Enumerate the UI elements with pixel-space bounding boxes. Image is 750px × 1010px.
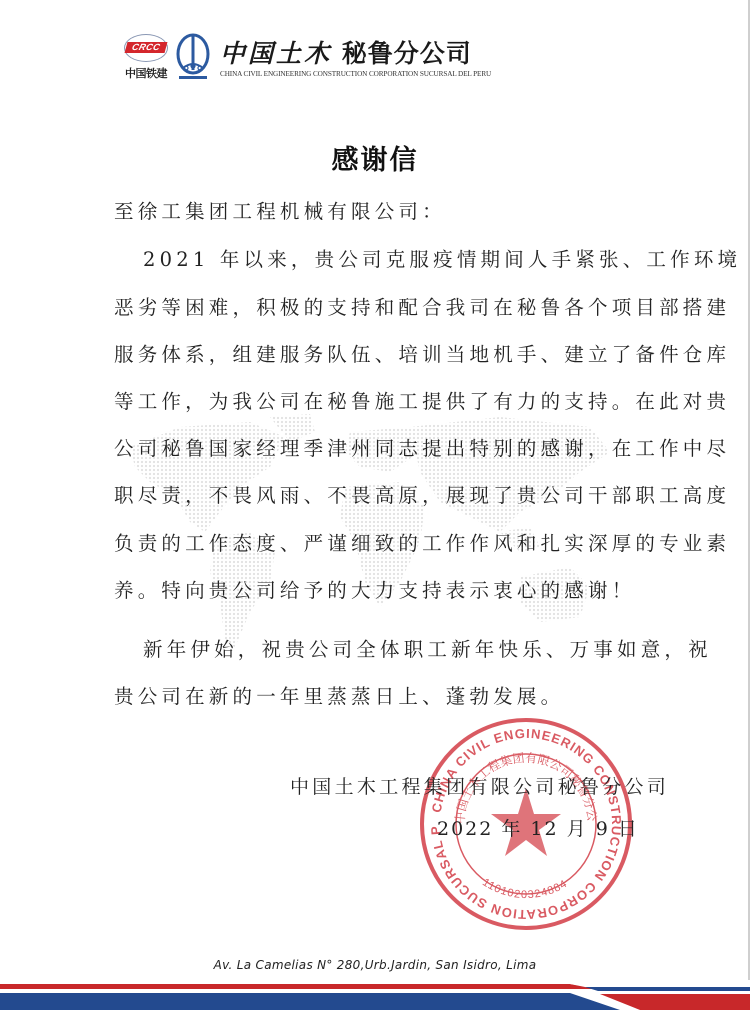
crcc-logo-text: CRCC <box>125 42 168 53</box>
svg-text:1101020324884: 1101020324884 <box>480 876 570 901</box>
brand-name-cn: 中国土木 秘鲁分公司 <box>220 34 472 70</box>
paragraph-1-line: 负责的工作态度、严谨细致的工作作风和扎实深厚的专业素 <box>114 531 730 557</box>
footer-address: Av. La Camelias N° 280,Urb.Jardin, San I… <box>0 958 750 972</box>
paragraph-1-line: 服务体系，组建服务队伍、培训当地机手、建立了备件仓库 <box>114 342 730 368</box>
ccecc-logo-icon <box>175 32 211 82</box>
footer-stripes <box>0 980 750 1010</box>
paragraph-2-line: 新年伊始，祝贵公司全体职工新年快乐、万事如意，祝 <box>143 637 712 663</box>
paragraph-1-line: 公司秘鲁国家经理季津州同志提出特别的感谢，在工作中尽 <box>114 436 730 462</box>
letter-title: 感谢信 <box>0 138 750 177</box>
signature-company: 中国土木工程集团有限公司秘鲁分公司 <box>290 772 669 799</box>
brand-calligraphy: 中国土木 <box>220 39 332 68</box>
brand-name-en: CHINA CIVIL ENGINEERING CONSTRUCTION COR… <box>220 70 491 78</box>
paragraph-1-line: 等工作，为我公司在秘鲁施工提供了有力的支持。在此对贵 <box>114 389 730 415</box>
paragraph-1-line: 养。特向贵公司给予的大力支持表示衷心的感谢！ <box>114 578 635 604</box>
paragraph-1-line: 职尽责，不畏风雨、不畏高原，展现了贵公司干部职工高度 <box>114 483 730 509</box>
paragraph-1-line: 恶劣等困难，积极的支持和配合我司在秘鲁各个项目部搭建 <box>114 295 730 321</box>
signature-date: 2022 年 12 月 9 日 <box>437 814 639 841</box>
paragraph-1-line: 2021 年以来，贵公司克服疫情期间人手紧张、工作环境 <box>143 247 741 273</box>
letterhead: CRCC 中国铁建 中国土木 秘鲁分公司 CHINA CIVIL ENGINEE… <box>120 30 520 86</box>
salutation: 至徐工集团工程机械有限公司： <box>114 199 446 225</box>
brand-branch: 秘鲁分公司 <box>342 39 472 68</box>
paragraph-2-line: 贵公司在新的一年里蒸蒸日上、蓬勃发展。 <box>114 684 564 710</box>
crcc-logo: CRCC 中国铁建 <box>120 34 172 82</box>
crcc-logo-cn: 中国铁建 <box>120 65 172 81</box>
